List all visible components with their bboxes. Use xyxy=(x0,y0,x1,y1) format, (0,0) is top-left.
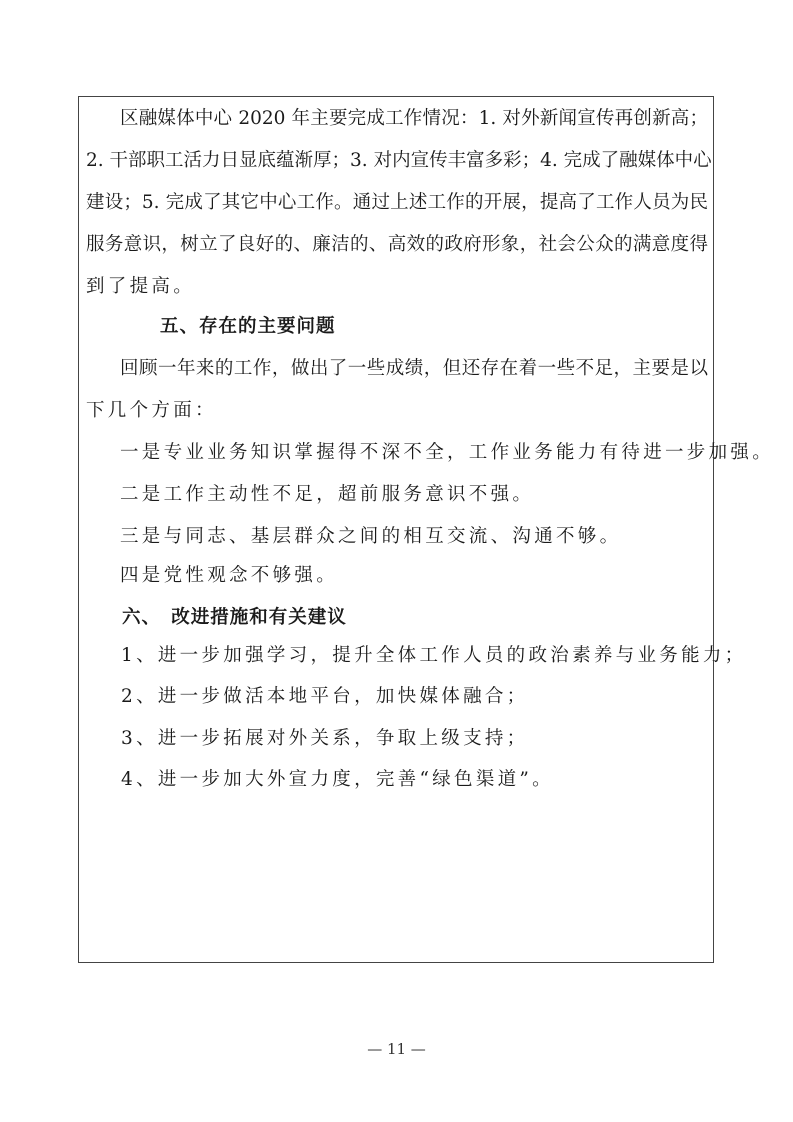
summary-line-1: 区融媒体中心 2020 年主要完成工作情况：1. 对外新闻宣传再创新高； xyxy=(120,107,708,131)
summary-line-5: 到了提高。 xyxy=(86,275,195,299)
problems-intro-line-1: 回顾一年来的工作，做出了一些成绩，但还存在着一些不足，主要是以 xyxy=(120,357,708,381)
section-heading-problems: 五、存在的主要问题 xyxy=(160,315,336,339)
page-number: — 11 — xyxy=(0,1040,793,1058)
problems-intro-line-2: 下几个方面： xyxy=(86,399,217,423)
summary-line-2: 2. 干部职工活力日显底蕴渐厚；3. 对内宣传丰富多彩；4. 完成了融媒体中心 xyxy=(86,149,708,173)
summary-line-3: 建设；5. 完成了其它中心工作。通过上述工作的开展，提高了工作人员为民 xyxy=(86,191,708,215)
problem-item-4: 四是党性观念不够强。 xyxy=(120,564,338,588)
suggestion-item-3: 3、进一步拓展对外关系，争取上级支持； xyxy=(121,727,528,751)
suggestion-item-2: 2、进一步做活本地平台，加快媒体融合； xyxy=(121,685,528,709)
suggestion-item-1: 1、进一步加强学习，提升全体工作人员的政治素养与业务能力； xyxy=(121,644,746,668)
problem-item-3: 三是与同志、基层群众之间的相互交流、沟通不够。 xyxy=(120,525,621,549)
problem-item-1: 一是专业业务知识掌握得不深不全，工作业务能力有待进一步加强。 xyxy=(120,441,774,465)
section-heading-suggestions: 六、 改进措施和有关建议 xyxy=(122,606,347,630)
summary-line-4: 服务意识，树立了良好的、廉洁的、高效的政府形象，社会公众的满意度得 xyxy=(86,233,708,257)
suggestion-item-4: 4、进一步加大外宣力度，完善“绿色渠道”。 xyxy=(121,768,554,792)
problem-item-2: 二是工作主动性不足，超前服务意识不强。 xyxy=(120,483,534,507)
